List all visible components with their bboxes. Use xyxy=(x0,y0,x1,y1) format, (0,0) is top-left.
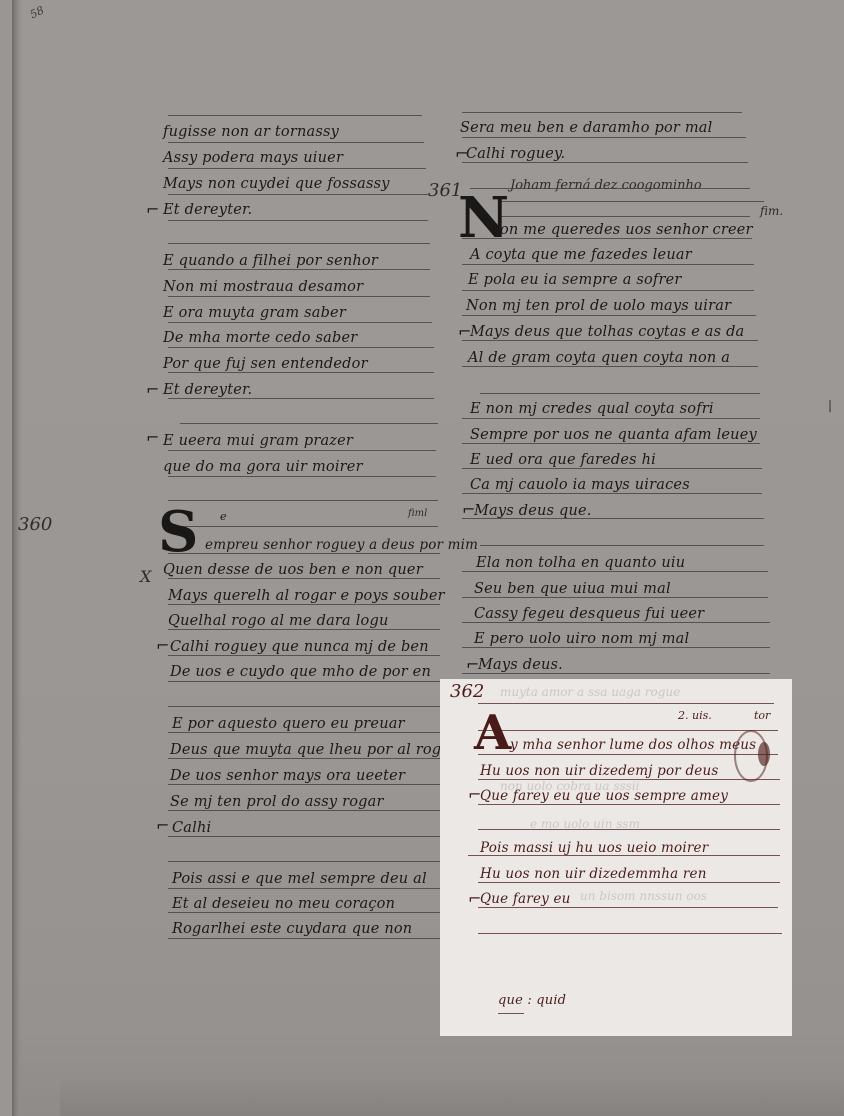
verse-line: Se mj ten prol do assy rogar xyxy=(170,794,384,810)
verse-line: Mays querelh al rogar e poys souber xyxy=(168,588,445,604)
verse-line: A coyta que me fazedes leuar xyxy=(470,247,692,263)
verse-line: Et al deseieu no meu coraçon xyxy=(172,896,395,912)
verse-line: De uos e cuydo que mho de por en xyxy=(170,664,431,680)
verse-line: E pero uolo uiro nom mj mal xyxy=(474,631,689,647)
verse-line: Seu ben que uiua mui mal xyxy=(474,581,671,597)
illuminated-initial-s: S xyxy=(158,504,198,560)
verse-line: E ued ora que faredes hi xyxy=(470,452,656,468)
margin-note-fim: fim. xyxy=(760,204,783,218)
margin-note-2-uis: 2. uis. xyxy=(678,709,712,722)
illuminated-initial-a: A xyxy=(474,709,511,757)
poem-number-360: 360 xyxy=(18,514,52,535)
water-stain xyxy=(60,1076,844,1116)
verse-line: Hu uos non uir dizedemmha ren xyxy=(480,866,707,882)
margin-tick: | xyxy=(828,398,832,412)
binding-gutter xyxy=(12,0,22,1116)
verse-line: E ueera mui gram prazer xyxy=(163,433,353,449)
verse-line: Assy podera mays uiuer xyxy=(163,150,343,166)
refrain-line: Mays deus que. xyxy=(474,503,592,519)
verse-line: Ela non tolha en quanto uiu xyxy=(476,555,685,571)
verse-line: Pois massi uj hu uos ueio moirer xyxy=(480,840,708,856)
verse-line: fugisse non ar tornassy xyxy=(163,124,339,140)
margin-note-fiml: fiml xyxy=(408,508,427,519)
verse-line: Por que fuj sen entendedor xyxy=(163,356,368,372)
refrain-bracket-icon: ⌐ xyxy=(156,636,169,655)
poem-number-362: 362 xyxy=(450,681,484,702)
refrain-line: Que farey eu que uos sempre amey xyxy=(480,788,728,804)
refrain-line: Et dereyter. xyxy=(163,382,252,398)
catchword: que : quid xyxy=(498,993,566,1008)
verse-line: Quelhal rogo al me dara logu xyxy=(168,613,389,629)
verse-line: E ora muyta gram saber xyxy=(163,305,346,321)
refrain-line: Mays deus. xyxy=(478,657,563,673)
refrain-line: Et dereyter. xyxy=(163,202,252,218)
verse-line: Quen desse de uos ben e non quer xyxy=(163,562,423,578)
verse-line: on me queredes uos senhor creer xyxy=(500,222,753,238)
verse-line: Mays non cuydei que fossassy xyxy=(163,176,390,192)
ink-blot xyxy=(758,742,770,766)
verse-line: Non mi mostraua desamor xyxy=(163,279,363,295)
verse-line: E quando a filhei por senhor xyxy=(163,253,378,269)
refrain-bracket-icon: ⌐ xyxy=(146,380,159,399)
refrain-line: Al de gram coyta quen coyta non a xyxy=(468,350,730,366)
refrain-line: Calhi xyxy=(172,820,211,836)
verse-line: Hu uos non uir dizedemj por deus xyxy=(480,763,719,779)
verse-line: Pois assi e que mel sempre deu al xyxy=(172,871,427,887)
verse-line: que do ma gora uir moirer xyxy=(163,459,363,475)
verse-line: Ca mj cauolo ia mays uiraces xyxy=(470,477,690,493)
verse-line: E por aquesto quero eu preuar xyxy=(172,716,405,732)
refrain-bracket-icon: ⌐ xyxy=(146,200,159,219)
verse-line: E non mj credes qual coyta sofri xyxy=(470,401,714,417)
initial-note: e xyxy=(220,510,227,523)
verse-line: empreu senhor roguey a deus por mim xyxy=(205,537,478,553)
highlighted-poem-panel: muyta amor a ssa uaga rogue non uolo cob… xyxy=(440,679,792,1036)
margin-x-mark: X xyxy=(140,567,151,586)
verse-line: Sempre por uos ne quanta afam leuey xyxy=(470,427,757,443)
verse-line: Non mj ten prol de uolo mays uirar xyxy=(466,298,731,314)
margin-note-tor: tor xyxy=(754,709,770,722)
verse-line: Deus que muyta que lheu por al roguey xyxy=(170,742,468,758)
refrain-line: Que farey eu xyxy=(480,891,571,907)
refrain-bracket-icon: ⌐ xyxy=(146,428,159,447)
verse-line: E pola eu ia sempre a sofrer xyxy=(468,272,682,288)
verse-line: Sera meu ben e daramho por mal xyxy=(460,120,713,136)
verse-line: y mha senhor lume dos olhos meus xyxy=(510,737,756,753)
refrain-line: Calhi roguey. xyxy=(466,146,565,162)
verse-line: Rogarlhei este cuydara que non xyxy=(172,921,412,937)
author-rubric: Joham ferná dez coogominho xyxy=(510,178,702,193)
refrain-line: Mays deus que tolhas coytas e as da xyxy=(470,324,744,340)
verse-line: Cassy fegeu desqueus fui ueer xyxy=(474,606,704,622)
verse-line: De mha morte cedo saber xyxy=(163,330,357,346)
verse-line: Calhi roguey que nunca mj de ben xyxy=(170,639,429,655)
verse-line: De uos senhor mays ora ueeter xyxy=(170,768,405,784)
refrain-bracket-icon: ⌐ xyxy=(156,816,169,835)
